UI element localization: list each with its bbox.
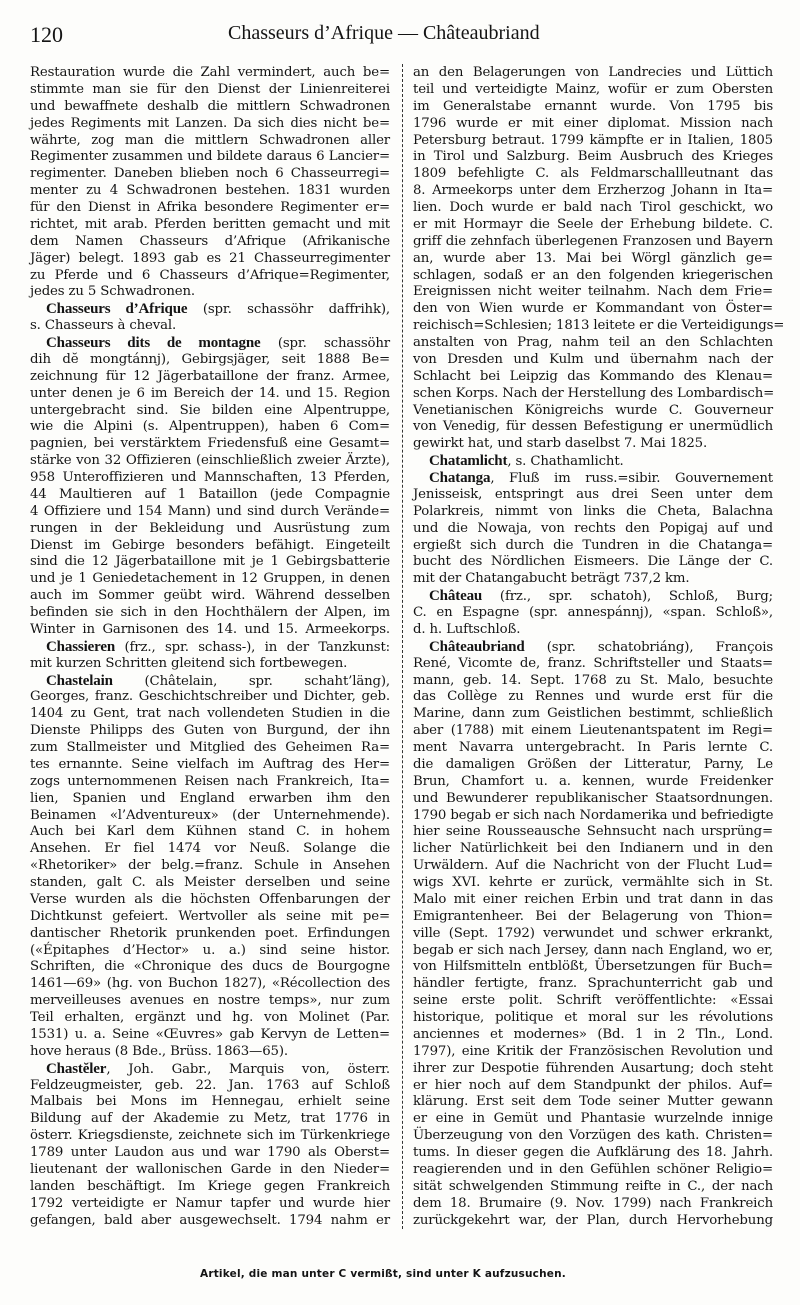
line-text: Dienst im Gebirge besonders befähigt. Ei… xyxy=(30,538,390,553)
page-number: 120 xyxy=(30,22,63,48)
line-text: Urwäldern. Auf die Nachricht von der Flu… xyxy=(413,858,773,873)
text-line: währte, zog man die mittlern Schwadronen… xyxy=(30,133,390,150)
entry-headword-line: Chatamlicht, s. Chathamlicht. xyxy=(413,453,773,470)
line-text: ihrer zur Despotie führenden Ausartung; … xyxy=(413,1061,773,1076)
text-line: 1461—69» (hg. von Buchon 1827), «Récolle… xyxy=(30,976,390,993)
line-text: Schlacht bei Leipzig das Kommando des Kl… xyxy=(413,369,773,384)
line-text: hier seine Rousseausche Sehnsucht nach u… xyxy=(413,824,773,839)
text-line: schlagen, sodaß er an den folgenden krie… xyxy=(413,268,773,285)
text-line: ihrer zur Despotie führenden Ausartung; … xyxy=(413,1061,773,1078)
text-line: Petersburg betraut. 1799 kämpfte er in I… xyxy=(413,133,773,150)
line-text: lien, Spanien und England erwarben ihm d… xyxy=(30,791,390,806)
line-text: schlagen, sodaß er an den folgenden krie… xyxy=(413,268,773,283)
text-line: anstalten von Prag, nahm teil an den Sch… xyxy=(413,335,773,352)
text-line: zeichnung für 12 Jägerbataillone der fra… xyxy=(30,369,390,386)
text-line: klärung. Erst seit dem Tode seiner Mutte… xyxy=(413,1094,773,1111)
text-line: mit der Chatangabucht beträgt 737,2 km. xyxy=(413,571,773,588)
line-text: 1790 begab er sich nach Nordamerika und … xyxy=(413,808,773,823)
text-line: standen, galt C. als Meister derselben u… xyxy=(30,875,390,892)
line-text: unter denen je 6 im Bereich der 14. und … xyxy=(30,386,390,401)
line-text: menter zu 4 Schwadronen bestehen. 1831 w… xyxy=(30,183,390,198)
line-text: Jäger) belegt. 1893 gab es 21 Chasseurre… xyxy=(30,251,390,266)
line-text: anstalten von Prag, nahm teil an den Sch… xyxy=(413,335,773,350)
text-line: und bewaffnete deshalb die mittlern Schw… xyxy=(30,99,390,116)
line-text: er hier noch auf dem Standpunkt der phil… xyxy=(413,1078,773,1093)
text-line: anciennes et modernes» (Bd. 1 in 2 Tln.,… xyxy=(413,1027,773,1044)
line-text: in Tirol und Salzburg. Beim Ausbruch des… xyxy=(413,149,773,164)
text-line: «Rhetoriker» der belg.=franz. Schule in … xyxy=(30,858,390,875)
line-text: reagierenden und in den Gefühlen schöner… xyxy=(413,1162,773,1177)
text-line: ment Navarra untergebracht. In Paris ler… xyxy=(413,740,773,757)
text-line: 1797), eine Kritik der Französischen Rev… xyxy=(413,1044,773,1061)
text-line: er mit Hormayr die Seele der Erhebung bi… xyxy=(413,217,773,234)
entry-headword: Chassieren xyxy=(46,639,115,655)
document-page: 120 Chasseurs d’Afrique — Châteaubriand … xyxy=(0,0,800,1305)
text-line: Dichtkunst gefeiert. Wertvoller als sein… xyxy=(30,909,390,926)
line-text: dem 18. Brumaire (9. Nov. 1799) nach Fra… xyxy=(413,1196,773,1211)
text-line: zogs unternommenen Reisen nach Frankreic… xyxy=(30,774,390,791)
line-text: Regimenter zusammen und bildete daraus 6… xyxy=(30,149,390,164)
text-line: Polarkreis, nimmt von links die Cheta, B… xyxy=(413,504,773,521)
text-line: auch im Sommer geübt wird. Während desse… xyxy=(30,588,390,605)
line-text: (spr. schassöhr xyxy=(261,336,390,351)
text-line: von Hilfsmitteln entblößt, Übersetzungen… xyxy=(413,959,773,976)
text-line: an den Belagerungen von Landrecies und L… xyxy=(413,65,773,82)
text-line: 4 Offiziere und 154 Mann) und sind durch… xyxy=(30,504,390,521)
line-text: Verse wurden als die höchsten Offenbarun… xyxy=(30,892,390,907)
line-text: landen beschäftigt. Im Kriege gegen Fran… xyxy=(30,1179,390,1194)
line-text: für den Dienst in Afrika besondere Regim… xyxy=(30,200,390,215)
line-text: wie die Alpini (s. Alpentruppen), haben … xyxy=(30,419,390,434)
page-footer-note: Artikel, die man unter C vermißt, sind u… xyxy=(200,1268,700,1280)
line-text: Dienste Philipps des Guten von Burgund, … xyxy=(30,723,390,738)
line-text: , Fluß im russ.=sibir. Gouvernement xyxy=(490,471,773,486)
line-text: währte, zog man die mittlern Schwadronen… xyxy=(30,133,390,148)
entry-headword-line: Chassieren (frz., spr. schass-), in der … xyxy=(30,639,390,656)
text-line: untergebracht sind. Sie bilden eine Alpe… xyxy=(30,403,390,420)
line-text: jedes zu 5 Schwadronen. xyxy=(30,284,195,299)
line-text: Winter in Garnisonen des 14. und 15. Arm… xyxy=(30,622,390,637)
text-line: Jäger) belegt. 1893 gab es 21 Chasseurre… xyxy=(30,251,390,268)
text-line: Winter in Garnisonen des 14. und 15. Arm… xyxy=(30,622,390,639)
line-text: Ansehen. Er fiel 1474 vor Neuß. Solange … xyxy=(30,841,390,856)
line-text: merveilleuses avenues en nostre temps», … xyxy=(30,993,390,1008)
text-line: ville (Sept. 1792) verwundet und schwer … xyxy=(413,926,773,943)
line-text: Ereignissen nicht weiter teilnahm. Nach … xyxy=(413,284,773,299)
text-line: mit kurzen Schritten gleitend sich fortb… xyxy=(30,656,390,673)
entry-headword: Chatamlicht xyxy=(429,453,507,469)
line-text: Bildung auf der Akademie zu Metz, trat 1… xyxy=(30,1111,390,1126)
text-line: wigs XVI. kehrte er zurück, vermählte si… xyxy=(413,875,773,892)
text-line: österr. Kriegsdienste, zeichnete sich im… xyxy=(30,1128,390,1145)
line-text: lieutenant der wallonischen Garde in den… xyxy=(30,1162,390,1177)
text-line: hier seine Rousseausche Sehnsucht nach u… xyxy=(413,824,773,841)
line-text: Venetianischen Königreichs wurde C. Gouv… xyxy=(413,403,773,418)
text-line: Malbais bei Mons im Hennegau, erhielt se… xyxy=(30,1094,390,1111)
line-text: historique, politique et moral sur les r… xyxy=(413,1010,773,1025)
line-text: «Rhetoriker» der belg.=franz. Schule in … xyxy=(30,858,390,873)
line-text: von Hilfsmitteln entblößt, Übersetzungen… xyxy=(413,959,773,974)
column-divider xyxy=(402,64,404,1229)
line-text: Petersburg betraut. 1799 kämpfte er in I… xyxy=(413,133,773,148)
text-line: seine erste polit. Schrift veröffentlich… xyxy=(413,993,773,1010)
line-text: pagnien, bei verstärktem Friedensfuß ein… xyxy=(30,436,390,451)
text-line: und die Nowaja, von rechts den Popigaj a… xyxy=(413,521,773,538)
line-text: Brun, Chamfort u. a. kennen, wurde Freid… xyxy=(413,774,773,789)
line-text: Dichtkunst gefeiert. Wertvoller als sein… xyxy=(30,909,390,924)
line-text: Schriften, die «Chronique des ducs de Bo… xyxy=(30,959,390,974)
text-line: für den Dienst in Afrika besondere Regim… xyxy=(30,200,390,217)
entry-headword-line: Châteaubriand (spr. schatobriáng), Franç… xyxy=(413,639,773,656)
line-text: teil und verteidigte Mainz, wofür er zum… xyxy=(413,82,773,97)
line-text: zu Pferde und 6 Chasseurs d’Afrique=Regi… xyxy=(30,268,390,283)
line-text: stärke von 32 Offizieren (einschließlich… xyxy=(30,453,390,468)
line-text: von Dresden und Kulm und übernahm nach d… xyxy=(413,352,773,367)
line-text: 1809 befehligte C. als Feldmarschallleut… xyxy=(413,166,773,181)
line-text: Beinamen «l’Adventureux» (der Unternehme… xyxy=(30,808,390,823)
text-line: Schlacht bei Leipzig das Kommando des Kl… xyxy=(413,369,773,386)
text-line: Dienst im Gebirge besonders befähigt. Ei… xyxy=(30,538,390,555)
line-text: Georges, franz. Geschichtschreiber und D… xyxy=(30,689,390,704)
text-line: Feldzeugmeister, geb. 22. Jan. 1763 auf … xyxy=(30,1078,390,1095)
right-column: an den Belagerungen von Landrecies und L… xyxy=(413,65,773,1229)
text-line: bucht des Nördlichen Eismeers. Die Länge… xyxy=(413,554,773,571)
text-line: Emigrantenheer. Bei der Belagerung von T… xyxy=(413,909,773,926)
text-line: befinden sie sich in den Hochthälern der… xyxy=(30,605,390,622)
text-line: Regimenter zusammen und bildete daraus 6… xyxy=(30,149,390,166)
text-line: («Épitaphes d’Hector» u. a.) sind seine … xyxy=(30,943,390,960)
line-text: , s. Chathamlicht. xyxy=(507,454,623,469)
text-line: unter denen je 6 im Bereich der 14. und … xyxy=(30,386,390,403)
line-text: richtet, mit arab. Pferden beritten gema… xyxy=(30,217,390,232)
text-line: Jenisseisk, entspringt aus drei Seen unt… xyxy=(413,487,773,504)
line-text: d. h. Luftschloß. xyxy=(413,622,520,637)
text-line: pagnien, bei verstärktem Friedensfuß ein… xyxy=(30,436,390,453)
line-text: tes ernannte. Seine vielfach im Auftrag … xyxy=(30,757,390,772)
text-line: s. Chasseurs à cheval. xyxy=(30,318,390,335)
line-text: Auch bei Karl dem Kühnen stand C. in hoh… xyxy=(30,824,390,839)
line-text: 1531) u. a. Seine «Œuvres» gab Kervyn de… xyxy=(30,1027,390,1042)
line-text: 4 Offiziere und 154 Mann) und sind durch… xyxy=(30,504,390,519)
line-text: 1796 wurde er mit einer diplomat. Missio… xyxy=(413,116,773,131)
text-line: schen Korps. Nach der Herstellung des Lo… xyxy=(413,386,773,403)
text-line: Ansehen. Er fiel 1474 vor Neuß. Solange … xyxy=(30,841,390,858)
line-text: regimenter. Daneben blieben noch 6 Chass… xyxy=(30,166,390,181)
line-text: (frz., spr. schass-), in der Tanzkunst: xyxy=(115,640,390,655)
line-text: schen Korps. Nach der Herstellung des Lo… xyxy=(413,386,774,401)
line-text: (Châtelain, spr. schaht’läng), xyxy=(113,674,390,689)
line-text: gefangen, bald aber ausgewechselt. 1794 … xyxy=(30,1213,390,1228)
text-line: hove heraus (8 Bde., Brüss. 1863—65). xyxy=(30,1044,390,1061)
text-line: Teil erhalten, ergänzt und hg. von Molin… xyxy=(30,1010,390,1027)
text-line: teil und verteidigte Mainz, wofür er zum… xyxy=(413,82,773,99)
text-line: dem 18. Brumaire (9. Nov. 1799) nach Fra… xyxy=(413,1196,773,1213)
running-head: Chasseurs d’Afrique — Châteaubriand xyxy=(228,22,540,45)
line-text: (spr. schassöhr daffrihk), xyxy=(187,302,390,317)
line-text: Feldzeugmeister, geb. 22. Jan. 1763 auf … xyxy=(30,1078,390,1093)
line-text: ment Navarra untergebracht. In Paris ler… xyxy=(413,740,773,755)
text-line: 1531) u. a. Seine «Œuvres» gab Kervyn de… xyxy=(30,1027,390,1044)
line-text: den von Wien wurde er Kommandant von Öst… xyxy=(413,301,773,316)
text-line: gewirkt hat, und starb daselbst 7. Mai 1… xyxy=(413,436,773,453)
line-text: hove heraus (8 Bde., Brüss. 1863—65). xyxy=(30,1044,288,1059)
text-line: dih dĕ mongtánnj), Gebirgsjäger, seit 18… xyxy=(30,352,390,369)
text-line: Venetianischen Königreichs wurde C. Gouv… xyxy=(413,403,773,420)
line-text: mit kurzen Schritten gleitend sich fortb… xyxy=(30,656,347,671)
text-line: Auch bei Karl dem Kühnen stand C. in hoh… xyxy=(30,824,390,841)
text-line: C. en Espagne (spr. annespánnj), «span. … xyxy=(413,605,773,622)
text-line: Ereignissen nicht weiter teilnahm. Nach … xyxy=(413,284,773,301)
line-text: Polarkreis, nimmt von links die Cheta, B… xyxy=(413,504,773,519)
line-text: gewirkt hat, und starb daselbst 7. Mai 1… xyxy=(413,436,707,451)
text-line: Beinamen «l’Adventureux» (der Unternehme… xyxy=(30,808,390,825)
entry-headword: Chatanga xyxy=(429,470,490,486)
entry-headword: Chasseurs dits de montagne xyxy=(46,335,261,351)
entry-headword-line: Chastelain (Châtelain, spr. schaht’läng)… xyxy=(30,673,390,690)
line-text: von Venedig, für dessen Befestigung er u… xyxy=(413,419,773,434)
line-text: tums. In dieser gegen die Aufklärung des… xyxy=(413,1145,773,1160)
line-text: 1404 zu Gent, trat nach vollendeten Stud… xyxy=(30,706,390,721)
text-line: 44 Maultieren auf 1 Bataillon (jede Comp… xyxy=(30,487,390,504)
line-text: händler fertigte, franz. Sprachunterrich… xyxy=(413,976,773,991)
entry-headword: Chastelain xyxy=(46,673,113,689)
line-text: und Bewunderer republikanischer Staatsor… xyxy=(413,791,773,806)
entry-headword-line: Chatanga, Fluß im russ.=sibir. Gouvernem… xyxy=(413,470,773,487)
line-text: Teil erhalten, ergänzt und hg. von Molin… xyxy=(30,1010,390,1025)
line-text: begab er sich nach Jersey, dann nach Eng… xyxy=(413,943,773,958)
line-text: («Épitaphes d’Hector» u. a.) sind seine … xyxy=(30,943,390,958)
text-line: jedes Regiments mit Lanzen. Da sich dies… xyxy=(30,116,390,133)
line-text: standen, galt C. als Meister derselben u… xyxy=(30,875,390,890)
line-text: und bewaffnete deshalb die mittlern Schw… xyxy=(30,99,390,114)
text-line: jedes zu 5 Schwadronen. xyxy=(30,284,390,301)
text-line: begab er sich nach Jersey, dann nach Eng… xyxy=(413,943,773,960)
text-line: Urwäldern. Auf die Nachricht von der Flu… xyxy=(413,858,773,875)
text-line: d. h. Luftschloß. xyxy=(413,622,773,639)
text-line: 1796 wurde er mit einer diplomat. Missio… xyxy=(413,116,773,133)
text-line: 1789 unter Laudon aus und war 1790 als O… xyxy=(30,1145,390,1162)
text-line: die damaligen Größen der Litteratur, Par… xyxy=(413,757,773,774)
line-text: (frz., spr. schatoh), Schloß, Burg; xyxy=(482,589,773,604)
line-text: befinden sie sich in den Hochthälern der… xyxy=(30,605,390,620)
line-text: sität schwelgenden Stimmung reifte in C.… xyxy=(413,1179,773,1194)
line-text: mit der Chatangabucht beträgt 737,2 km. xyxy=(413,571,689,586)
text-line: mann, geb. 14. Sept. 1768 zu St. Malo, b… xyxy=(413,673,773,690)
line-text: an den Belagerungen von Landrecies und L… xyxy=(413,65,773,80)
text-line: regimenter. Daneben blieben noch 6 Chass… xyxy=(30,166,390,183)
line-text: im Generalstabe ernannt wurde. Von 1795 … xyxy=(413,99,773,114)
line-text: zogs unternommenen Reisen nach Frankreic… xyxy=(30,774,390,789)
line-text: an, wurde aber 13. Mai bei Wörgl gänzlic… xyxy=(413,251,773,266)
text-line: reichisch=Schlesien; 1813 leitete er die… xyxy=(413,318,773,335)
text-line: zu Pferde und 6 Chasseurs d’Afrique=Regi… xyxy=(30,268,390,285)
text-line: rungen in der Bekleidung und Ausrüstung … xyxy=(30,521,390,538)
text-line: er eine in Gemüt und Phantasie wurzelnde… xyxy=(413,1111,773,1128)
line-text: Jenisseisk, entspringt aus drei Seen unt… xyxy=(413,487,773,502)
line-text: dem Namen Chasseurs d’Afrique (Afrikanis… xyxy=(30,234,390,249)
line-text: Malo mit einer reichen Erbin und trat da… xyxy=(413,892,773,907)
line-text: dantischer Rhetorik prunkenden poet. Erf… xyxy=(30,926,390,941)
line-text: stimmte man sie für den Dienst der Linie… xyxy=(30,82,390,97)
line-text: , Joh. Gabr., Marquis von, österr. xyxy=(106,1062,390,1077)
line-text: 44 Maultieren auf 1 Bataillon (jede Comp… xyxy=(30,487,390,502)
line-text: 1792 verteidigte er Namur tapfer und wur… xyxy=(30,1196,390,1211)
line-text: 1797), eine Kritik der Französischen Rev… xyxy=(413,1044,773,1059)
line-text: Restauration wurde die Zahl vermindert, … xyxy=(30,65,390,80)
text-line: dantischer Rhetorik prunkenden poet. Erf… xyxy=(30,926,390,943)
text-line: merveilleuses avenues en nostre temps», … xyxy=(30,993,390,1010)
text-line: Bildung auf der Akademie zu Metz, trat 1… xyxy=(30,1111,390,1128)
line-text: er eine in Gemüt und Phantasie wurzelnde… xyxy=(413,1111,773,1126)
text-line: stimmte man sie für den Dienst der Linie… xyxy=(30,82,390,99)
text-line: händler fertigte, franz. Sprachunterrich… xyxy=(413,976,773,993)
line-text: licher Natürlichkeit bei den Indianern u… xyxy=(413,841,773,856)
line-text: zurückgekehrt war, der Plan, durch Hervo… xyxy=(413,1213,773,1228)
line-text: zum Stallmeister und Mitglied des Geheim… xyxy=(30,740,390,755)
text-line: Schriften, die «Chronique des ducs de Bo… xyxy=(30,959,390,976)
entry-headword: Chastĕler xyxy=(46,1061,106,1077)
page-header: 120 Chasseurs d’Afrique — Châteaubriand xyxy=(30,22,778,48)
line-text: Überzeugung von den Vorzügen des kath. C… xyxy=(413,1128,773,1143)
text-line: 8. Armeekorps unter dem Erzherzog Johann… xyxy=(413,183,773,200)
text-line: aber (1788) mit einem Lieutenantspatent … xyxy=(413,723,773,740)
text-line: 1790 begab er sich nach Nordamerika und … xyxy=(413,808,773,825)
entry-headword-line: Chastĕler, Joh. Gabr., Marquis von, öste… xyxy=(30,1061,390,1078)
line-text: er mit Hormayr die Seele der Erhebung bi… xyxy=(413,217,773,232)
text-line: von Dresden und Kulm und übernahm nach d… xyxy=(413,352,773,369)
line-text: lien. Doch wurde er bald nach Tirol gesc… xyxy=(413,200,773,215)
text-line: reagierenden und in den Gefühlen schöner… xyxy=(413,1162,773,1179)
text-line: Malo mit einer reichen Erbin und trat da… xyxy=(413,892,773,909)
text-line: licher Natürlichkeit bei den Indianern u… xyxy=(413,841,773,858)
text-line: Brun, Chamfort u. a. kennen, wurde Freid… xyxy=(413,774,773,791)
text-line: lieutenant der wallonischen Garde in den… xyxy=(30,1162,390,1179)
line-text: aber (1788) mit einem Lieutenantspatent … xyxy=(413,723,773,738)
line-text: griff die zehnfach überlegenen Franzosen… xyxy=(413,234,773,249)
text-line: lien. Doch wurde er bald nach Tirol gesc… xyxy=(413,200,773,217)
entry-headword-line: Chasseurs dits de montagne (spr. schassö… xyxy=(30,335,390,352)
entry-headword-line: Chasseurs d’Afrique (spr. schassöhr daff… xyxy=(30,301,390,318)
text-line: richtet, mit arab. Pferden beritten gema… xyxy=(30,217,390,234)
text-line: und Bewunderer republikanischer Staatsor… xyxy=(413,791,773,808)
text-line: 1404 zu Gent, trat nach vollendeten Stud… xyxy=(30,706,390,723)
line-text: auch im Sommer geübt wird. Während desse… xyxy=(30,588,390,603)
text-line: zum Stallmeister und Mitglied des Geheim… xyxy=(30,740,390,757)
line-text: rungen in der Bekleidung und Ausrüstung … xyxy=(30,521,390,536)
line-text: und die Nowaja, von rechts den Popigaj a… xyxy=(413,521,773,536)
line-text: die damaligen Größen der Litteratur, Par… xyxy=(413,757,773,772)
line-text: jedes Regiments mit Lanzen. Da sich dies… xyxy=(30,116,390,131)
left-column: Restauration wurde die Zahl vermindert, … xyxy=(30,65,390,1229)
text-line: Marine, dann zum Geistlichen bestimmt, s… xyxy=(413,706,773,723)
line-text: 8. Armeekorps unter dem Erzherzog Johann… xyxy=(413,183,773,198)
text-line: Restauration wurde die Zahl vermindert, … xyxy=(30,65,390,82)
line-text: zeichnung für 12 Jägerbataillone der fra… xyxy=(30,369,390,384)
text-line: griff die zehnfach überlegenen Franzosen… xyxy=(413,234,773,251)
line-text: klärung. Erst seit dem Tode seiner Mutte… xyxy=(413,1094,773,1109)
text-line: 1809 befehligte C. als Feldmarschallleut… xyxy=(413,166,773,183)
line-text: anciennes et modernes» (Bd. 1 in 2 Tln.,… xyxy=(413,1027,773,1042)
text-line: im Generalstabe ernannt wurde. Von 1795 … xyxy=(413,99,773,116)
text-line: Dienste Philipps des Guten von Burgund, … xyxy=(30,723,390,740)
line-text: (spr. schatobriáng), François xyxy=(525,640,773,655)
line-text: untergebracht sind. Sie bilden eine Alpe… xyxy=(30,403,390,418)
text-line: er hier noch auf dem Standpunkt der phil… xyxy=(413,1078,773,1095)
line-text: dih dĕ mongtánnj), Gebirgsjäger, seit 18… xyxy=(30,352,390,367)
text-line: 958 Unteroffizieren und Mannschaften, 13… xyxy=(30,470,390,487)
text-line: stärke von 32 Offizieren (einschließlich… xyxy=(30,453,390,470)
text-line: den von Wien wurde er Kommandant von Öst… xyxy=(413,301,773,318)
line-text: Marine, dann zum Geistlichen bestimmt, s… xyxy=(413,706,773,721)
text-line: tes ernannte. Seine vielfach im Auftrag … xyxy=(30,757,390,774)
text-line: historique, politique et moral sur les r… xyxy=(413,1010,773,1027)
text-line: in Tirol und Salzburg. Beim Ausbruch des… xyxy=(413,149,773,166)
text-line: gefangen, bald aber ausgewechselt. 1794 … xyxy=(30,1213,390,1230)
line-text: seine erste polit. Schrift veröffentlich… xyxy=(413,993,773,1008)
line-text: 1461—69» (hg. von Buchon 1827), «Récolle… xyxy=(30,976,390,991)
text-line: Überzeugung von den Vorzügen des kath. C… xyxy=(413,1128,773,1145)
line-text: wigs XVI. kehrte er zurück, vermählte si… xyxy=(413,875,773,890)
line-text: C. en Espagne (spr. annespánnj), «span. … xyxy=(413,605,773,620)
line-text: ergießt sich durch die Tundren in die Ch… xyxy=(413,538,773,553)
line-text: 958 Unteroffizieren und Mannschaften, 13… xyxy=(30,470,390,485)
line-text: mann, geb. 14. Sept. 1768 zu St. Malo, b… xyxy=(413,673,773,688)
entry-headword: Château xyxy=(429,588,482,604)
line-text: Emigrantenheer. Bei der Belagerung von T… xyxy=(413,909,773,924)
entry-headword: Châteaubriand xyxy=(429,639,525,655)
line-text: 1789 unter Laudon aus und war 1790 als O… xyxy=(30,1145,390,1160)
line-text: reichisch=Schlesien; 1813 leitete er die… xyxy=(413,318,784,333)
line-text: österr. Kriegsdienste, zeichnete sich im… xyxy=(30,1128,390,1143)
line-text: sind die 12 Jägerbataillone mit je 1 Geb… xyxy=(30,554,390,569)
text-line: tums. In dieser gegen die Aufklärung des… xyxy=(413,1145,773,1162)
text-line: landen beschäftigt. Im Kriege gegen Fran… xyxy=(30,1179,390,1196)
line-text: René, Vicomte de, franz. Schriftsteller … xyxy=(413,656,773,671)
text-line: lien, Spanien und England erwarben ihm d… xyxy=(30,791,390,808)
line-text: Malbais bei Mons im Hennegau, erhielt se… xyxy=(30,1094,390,1109)
line-text: das Collège zu Rennes und wurde erst für… xyxy=(413,689,773,704)
text-line: Verse wurden als die höchsten Offenbarun… xyxy=(30,892,390,909)
text-line: René, Vicomte de, franz. Schriftsteller … xyxy=(413,656,773,673)
text-line: dem Namen Chasseurs d’Afrique (Afrikanis… xyxy=(30,234,390,251)
text-line: wie die Alpini (s. Alpentruppen), haben … xyxy=(30,419,390,436)
text-line: an, wurde aber 13. Mai bei Wörgl gänzlic… xyxy=(413,251,773,268)
text-line: zurückgekehrt war, der Plan, durch Hervo… xyxy=(413,1213,773,1230)
text-line: das Collège zu Rennes und wurde erst für… xyxy=(413,689,773,706)
line-text: s. Chasseurs à cheval. xyxy=(30,318,176,333)
text-line: Georges, franz. Geschichtschreiber und D… xyxy=(30,689,390,706)
text-line: sind die 12 Jägerbataillone mit je 1 Geb… xyxy=(30,554,390,571)
line-text: bucht des Nördlichen Eismeers. Die Länge… xyxy=(413,554,773,569)
line-text: ville (Sept. 1792) verwundet und schwer … xyxy=(413,926,773,941)
entry-headword-line: Château (frz., spr. schatoh), Schloß, Bu… xyxy=(413,588,773,605)
text-line: menter zu 4 Schwadronen bestehen. 1831 w… xyxy=(30,183,390,200)
text-line: sität schwelgenden Stimmung reifte in C.… xyxy=(413,1179,773,1196)
text-line: ergießt sich durch die Tundren in die Ch… xyxy=(413,538,773,555)
entry-headword: Chasseurs d’Afrique xyxy=(46,301,187,317)
text-line: von Venedig, für dessen Befestigung er u… xyxy=(413,419,773,436)
text-line: 1792 verteidigte er Namur tapfer und wur… xyxy=(30,1196,390,1213)
text-line: und je 1 Geniedetachement in 12 Gruppen,… xyxy=(30,571,390,588)
line-text: und je 1 Geniedetachement in 12 Gruppen,… xyxy=(30,571,390,586)
